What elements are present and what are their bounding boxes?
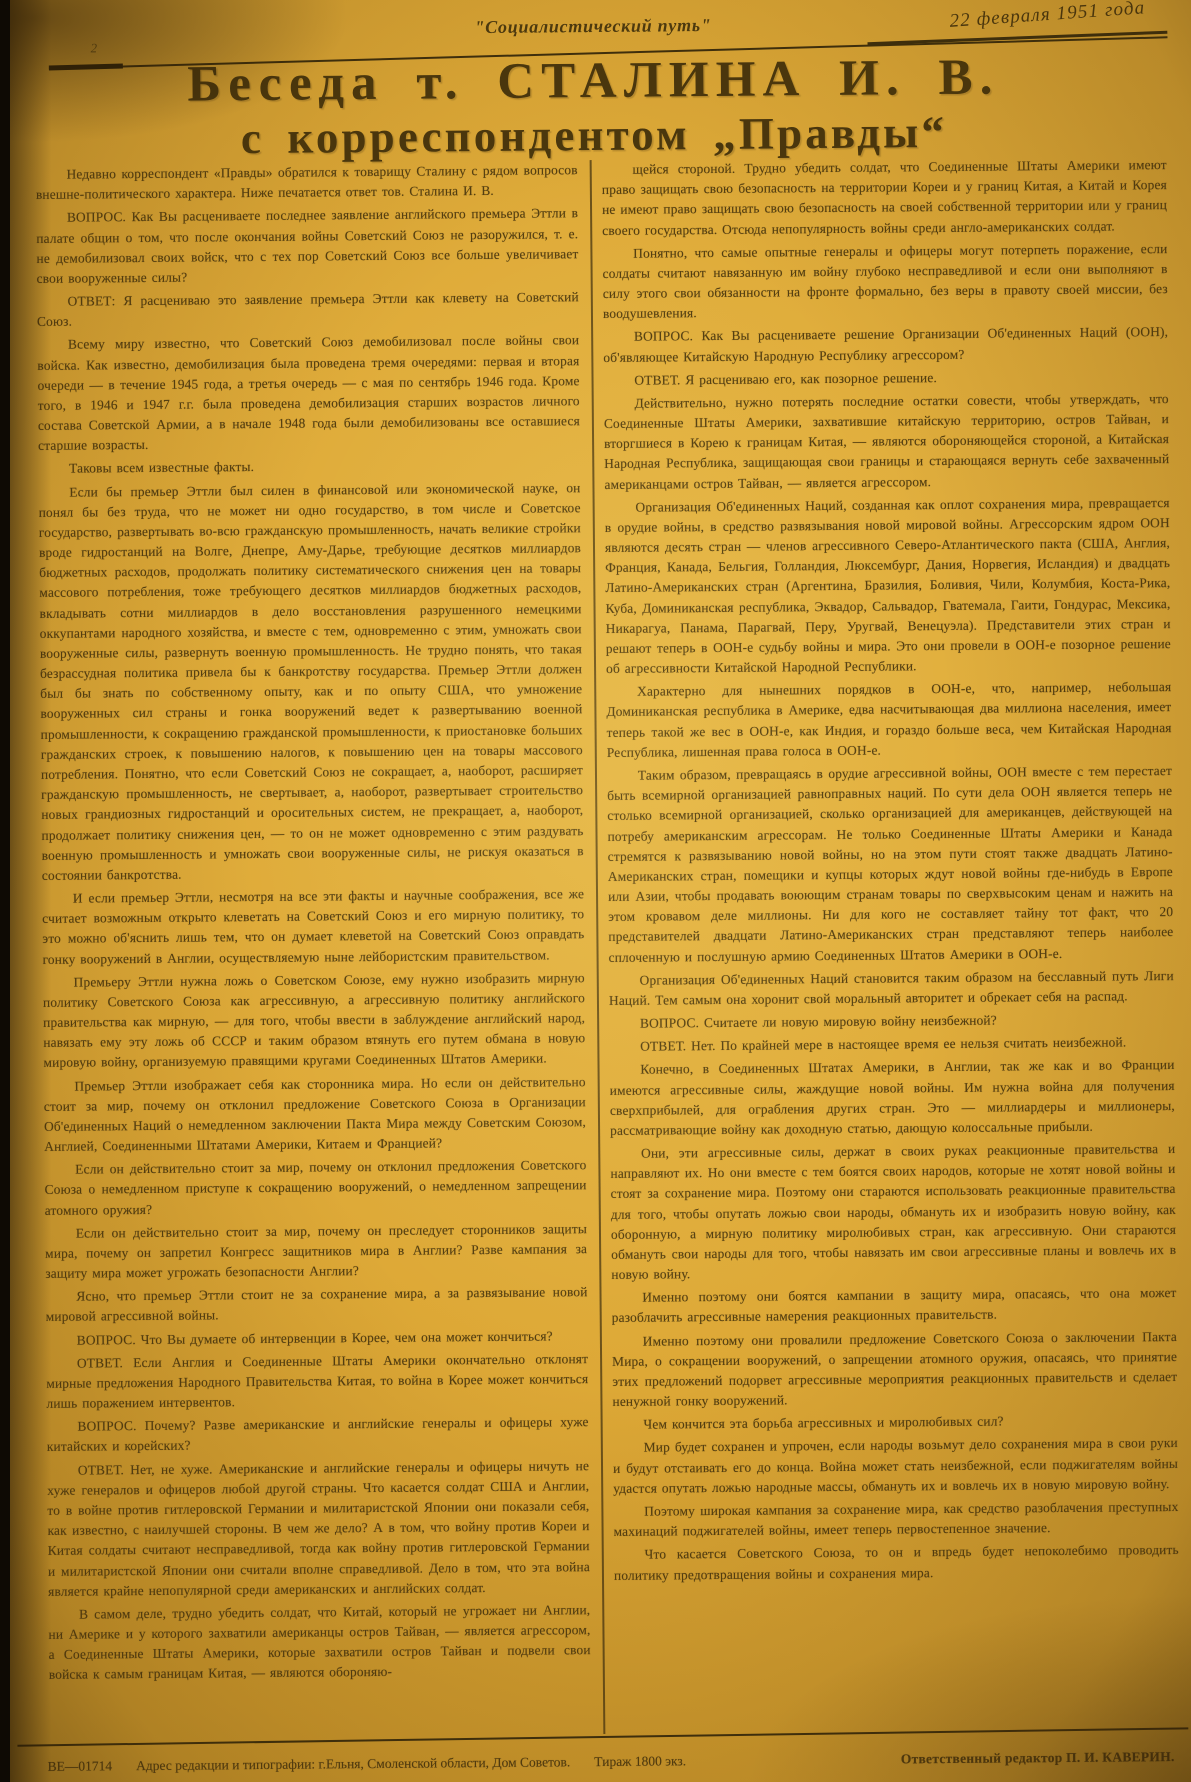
article-paragraph: Мир будет сохранен и упрочен, если народ… xyxy=(613,1433,1179,1498)
imprint-editor: Ответственный редактор П. И. КАВЕРИН. xyxy=(901,1749,1175,1767)
imprint-code: ВЕ—01714 xyxy=(48,1758,113,1775)
left-column: Недавно корреспондент «Правды» обратился… xyxy=(36,160,592,1739)
article-paragraph: Конечно, в Соединенных Штатах Америки, в… xyxy=(609,1055,1175,1141)
article-paragraph: ОТВЕТ. Я расцениваю его, как позорное ре… xyxy=(603,366,1168,391)
newspaper-page: 2 "Социалистический путь" 22 февраля 195… xyxy=(10,0,1191,1782)
article-paragraph: Ясно, что премьер Эттли стоит не за сохр… xyxy=(45,1282,587,1327)
article-headline: Беседа т. СТАЛИНА И. В. с корреспонденто… xyxy=(10,51,1185,163)
page-content: 2 "Социалистический путь" 22 февраля 195… xyxy=(10,0,1191,1782)
article-paragraph: Если он действительно стоит за мир, поче… xyxy=(45,1219,588,1284)
article-paragraph: ВОПРОС. Как Вы расцениваете решение Орга… xyxy=(603,322,1168,367)
article-paragraph: Премьеру Эттли нужна ложь о Советском Со… xyxy=(43,968,586,1074)
imprint-circulation: Тираж 1800 экз. xyxy=(594,1753,686,1770)
article-paragraph: Поэтому широкая кампания за сохранение м… xyxy=(613,1497,1178,1542)
page-number: 2 xyxy=(91,40,98,56)
article-paragraph: ОТВЕТ: Я расцениваю это заявление премье… xyxy=(37,287,579,332)
article-paragraph: ОТВЕТ. Нет, не хуже. Американские и англ… xyxy=(47,1456,590,1602)
article-paragraph: Организация Об'единенных Наций становитс… xyxy=(609,966,1174,1011)
imprint-address: Адрес редакции и типографии: г.Ельня, См… xyxy=(136,1754,570,1774)
imprint: ВЕ—01714 Адрес редакции и типографии: г.… xyxy=(48,1749,1175,1775)
headline-line1: Беседа т. СТАЛИНА И. В. xyxy=(10,51,1184,112)
article-paragraph: ВОПРОС. Почему? Разве американские и анг… xyxy=(47,1412,589,1457)
article-paragraph: И если премьер Эттли, несмотря на все эт… xyxy=(42,884,585,969)
article-paragraph: Премьер Эттли изображает себя как сторон… xyxy=(44,1072,587,1157)
article-paragraph: Понятно, что самые опытные генералы и оф… xyxy=(602,239,1168,325)
article-paragraph: Если он действительно стоит за мир, поче… xyxy=(44,1155,587,1220)
newspaper-photo: 2 "Социалистический путь" 22 февраля 195… xyxy=(0,0,1191,1782)
article-paragraph: В самом деле, трудно убедить солдат, что… xyxy=(48,1600,591,1685)
article-paragraph: Именно поэтому они провалили предложение… xyxy=(612,1327,1178,1413)
article-paragraph: Характерно для нынешних порядков в ООН-е… xyxy=(606,677,1172,763)
article-paragraph: Таким образом, превращаясь в орудие агре… xyxy=(607,761,1174,968)
article-paragraph: Недавно корреспондент «Правды» обратился… xyxy=(36,160,578,205)
article-paragraph: ОТВЕТ. Если Англия и Соединенные Штаты А… xyxy=(46,1349,589,1414)
article-paragraph: ОТВЕТ. Нет. По крайней мере в настоящее … xyxy=(609,1032,1174,1057)
headline-line2: с корреспондентом „Правды“ xyxy=(10,108,1185,163)
article-paragraph: Действительно, нужно потерять последние … xyxy=(604,389,1170,495)
article-paragraph: Если бы премьер Эттли был силен в финанс… xyxy=(38,478,584,886)
article-paragraph: ВОПРОС. Считаете ли новую мировую войну … xyxy=(609,1009,1174,1034)
article-paragraph: Всему миру известно, что Советский Союз … xyxy=(37,331,580,457)
article-paragraph: Что касается Советского Союза, то он и в… xyxy=(614,1540,1179,1585)
article-paragraph: Организация Об'единенных Наций, созданна… xyxy=(605,493,1172,679)
article-paragraph: Таковы всем известные факты. xyxy=(38,455,580,480)
right-column: щейся стороной. Трудно убедить солдат, ч… xyxy=(602,155,1181,1734)
article-paragraph: ВОПРОС. Что Вы думаете об интервенции в … xyxy=(46,1326,588,1351)
article-body: Недавно корреспондент «Правды» обратился… xyxy=(36,155,1181,1739)
article-paragraph: Именно поэтому они боятся кампании в защ… xyxy=(611,1283,1176,1328)
article-paragraph: Чем кончится эта борьба агрессивных и ми… xyxy=(613,1410,1178,1435)
article-paragraph: щейся стороной. Трудно убедить солдат, ч… xyxy=(602,155,1168,241)
article-paragraph: ВОПРОС. Как Вы расцениваете последнее за… xyxy=(36,204,579,289)
article-paragraph: Они, эти агрессивные силы, держат в свои… xyxy=(610,1139,1176,1285)
